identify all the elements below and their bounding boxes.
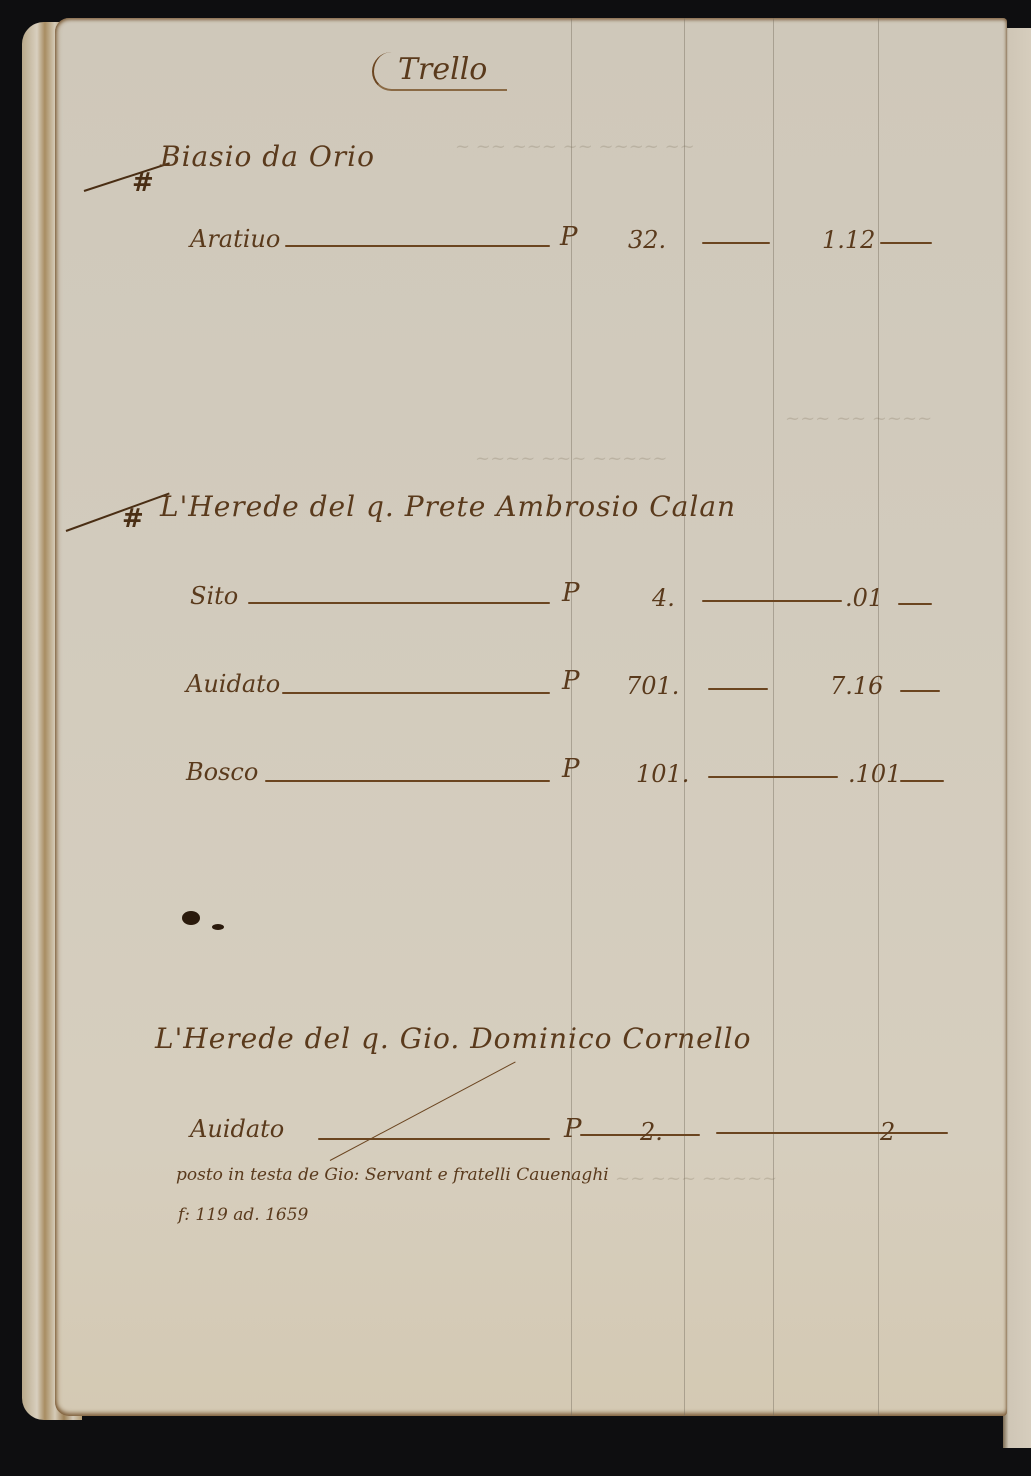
leader-line bbox=[265, 780, 550, 782]
unit-mark: P bbox=[560, 222, 578, 252]
ink-blot bbox=[182, 911, 200, 925]
ink-blot bbox=[212, 924, 224, 930]
item-label: Auidato bbox=[186, 670, 280, 698]
value-col1: 32. bbox=[628, 226, 666, 254]
bleed-through-text: ~~~ ~~ ~~~~ bbox=[785, 408, 932, 429]
value-strike bbox=[716, 1132, 948, 1134]
bleed-through-text: ~ ~~ ~~~ ~~ ~~~~ ~~ bbox=[455, 136, 695, 157]
bleed-through-text: ~~~~ ~~~ ~~~~~ bbox=[475, 448, 667, 469]
value-connector bbox=[702, 242, 770, 244]
annotation-line: posto in testa de Gio: Servant e fratell… bbox=[176, 1165, 609, 1185]
value-connector bbox=[708, 688, 768, 690]
value-col3: 1.12 bbox=[822, 226, 875, 254]
unit-mark: P bbox=[562, 666, 580, 696]
value-tail bbox=[898, 603, 932, 605]
column-rule bbox=[773, 18, 774, 1416]
unit-mark: P bbox=[564, 1114, 582, 1144]
cancel-mark: # bbox=[122, 504, 144, 534]
column-rule bbox=[684, 18, 685, 1416]
leader-line bbox=[248, 602, 550, 604]
value-col3: .101 bbox=[848, 760, 901, 788]
value-tail bbox=[880, 242, 932, 244]
item-label: Bosco bbox=[186, 758, 258, 786]
value-col3: 7.16 bbox=[830, 672, 883, 700]
value-connector bbox=[702, 600, 842, 602]
unit-mark: P bbox=[562, 578, 580, 608]
leader-line bbox=[285, 245, 550, 247]
item-label: Aratiuo bbox=[190, 225, 280, 253]
value-col1: 701. bbox=[626, 672, 679, 700]
facing-page-edge bbox=[1003, 28, 1031, 1448]
value-col1: 101. bbox=[636, 760, 689, 788]
annotation-line: f: 119 ad. 1659 bbox=[178, 1205, 308, 1225]
value-col3: .01 bbox=[845, 584, 883, 612]
cancel-mark: # bbox=[132, 168, 154, 198]
owner-name: Biasio da Orio bbox=[160, 140, 375, 173]
item-label: Sito bbox=[190, 582, 238, 610]
unit-mark: P bbox=[562, 754, 580, 784]
value-tail bbox=[900, 690, 940, 692]
leader-line bbox=[318, 1138, 550, 1140]
page-header: Trello bbox=[372, 52, 507, 91]
value-connector bbox=[708, 776, 838, 778]
leader-line bbox=[282, 692, 550, 694]
item-label: Auidato bbox=[190, 1115, 284, 1143]
value-tail bbox=[900, 780, 944, 782]
column-rule bbox=[878, 18, 879, 1416]
owner-name: L'Herede del q. Gio. Dominico Cornello bbox=[155, 1022, 751, 1055]
owner-name: L'Herede del q. Prete Ambrosio Calan bbox=[160, 490, 736, 523]
value-col1: 4. bbox=[652, 584, 675, 612]
bleed-through-text: ~~ ~~~ ~~~~~ bbox=[615, 1168, 777, 1189]
value-col3: 2 bbox=[880, 1118, 895, 1146]
value-col1: 2. bbox=[640, 1118, 663, 1146]
